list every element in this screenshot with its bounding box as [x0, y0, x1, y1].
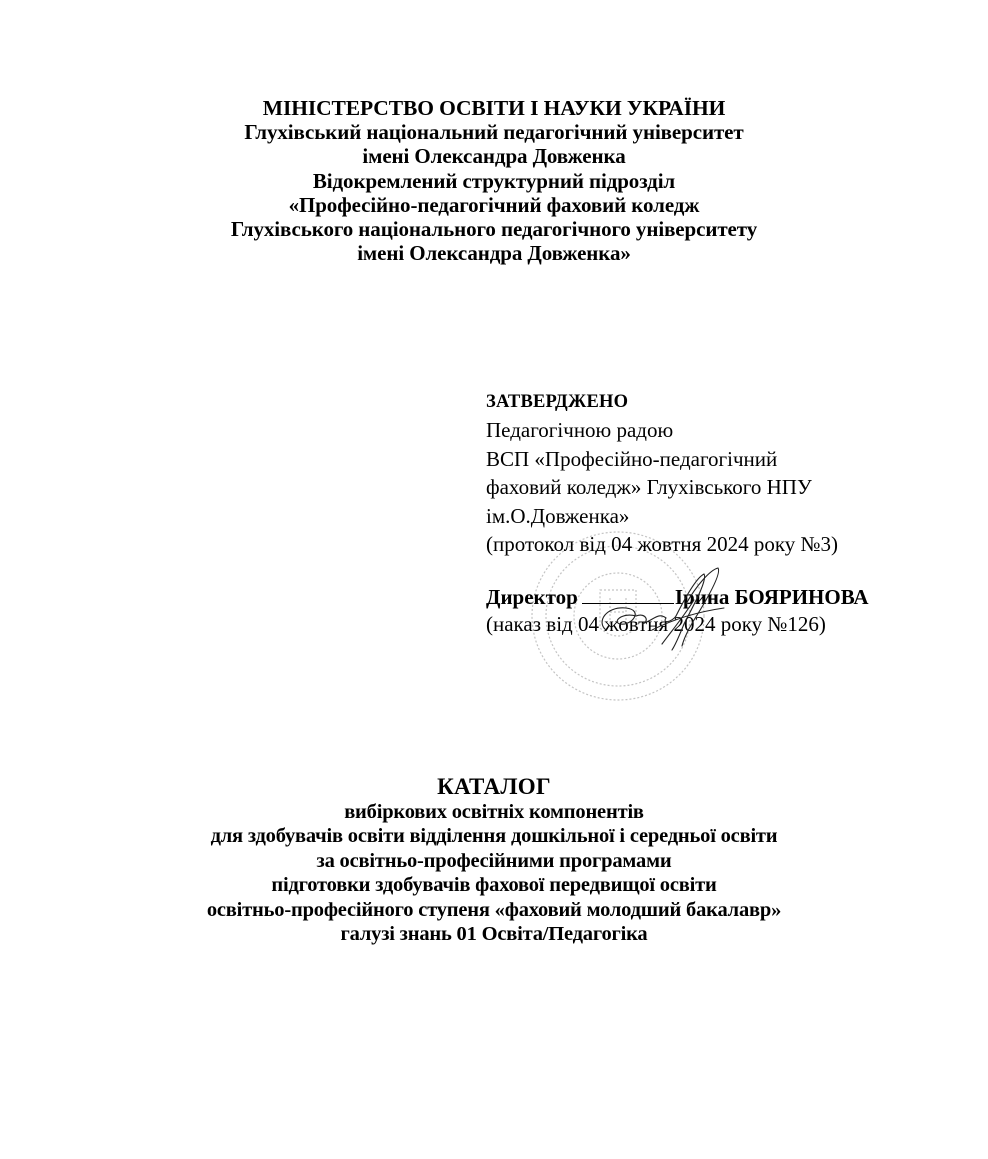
college-parent-namesake: імені Олександра Довженка»: [0, 241, 988, 265]
approval-title: ЗАТВЕРДЖЕНО: [486, 388, 966, 416]
approval-body-line: фаховий коледж» Глухівського НПУ: [486, 473, 966, 501]
approval-protocol: (протокол від 04 жовтня 2024 року №3): [486, 530, 966, 558]
approval-body-line: ВСП «Професійно-педагогічний: [486, 445, 966, 473]
director-signature-row: ДиректорІрина БОЯРИНОВА: [486, 583, 966, 611]
document-page: МІНІСТЕРСТВО ОСВІТИ І НАУКИ УКРАЇНИ Глух…: [0, 0, 988, 1159]
catalog-subtitle-line: для здобувачів освіти відділення дошкіль…: [0, 824, 988, 848]
university-name: Глухівський національний педагогічний ун…: [0, 120, 988, 144]
approval-body-line: ім.О.Довженка»: [486, 502, 966, 530]
college-name: «Професійно-педагогічний фаховий коледж: [0, 193, 988, 217]
catalog-subtitle-line: галузі знань 01 Освіта/Педагогіка: [0, 922, 988, 946]
approval-block: ЗАТВЕРДЖЕНО Педагогічною радою ВСП «Проф…: [486, 388, 966, 637]
director-label: Директор: [486, 585, 578, 609]
catalog-title-block: КАТАЛОГ вибіркових освітніх компонентів …: [0, 773, 988, 946]
institution-header: МІНІСТЕРСТВО ОСВІТИ І НАУКИ УКРАЇНИ Глух…: [0, 96, 988, 265]
subdivision-label: Відокремлений структурний підрозділ: [0, 169, 988, 193]
ministry-name: МІНІСТЕРСТВО ОСВІТИ І НАУКИ УКРАЇНИ: [0, 96, 988, 120]
approval-body-line: Педагогічною радою: [486, 416, 966, 444]
catalog-subtitle-line: освітньо-професійного ступеня «фаховий м…: [0, 898, 988, 922]
university-namesake: імені Олександра Довженка: [0, 144, 988, 168]
catalog-subtitle-line: за освітньо-професійними програмами: [0, 849, 988, 873]
catalog-subtitle-line: вибіркових освітніх компонентів: [0, 800, 988, 824]
catalog-subtitle-line: підготовки здобувачів фахової передвищої…: [0, 873, 988, 897]
director-name: Ірина БОЯРИНОВА: [675, 585, 869, 609]
approval-order: (наказ від 04 жовтня 2024 року №126): [486, 611, 966, 637]
signature-line: [582, 585, 674, 604]
catalog-title: КАТАЛОГ: [0, 773, 988, 800]
college-parent-university: Глухівського національного педагогічного…: [0, 217, 988, 241]
